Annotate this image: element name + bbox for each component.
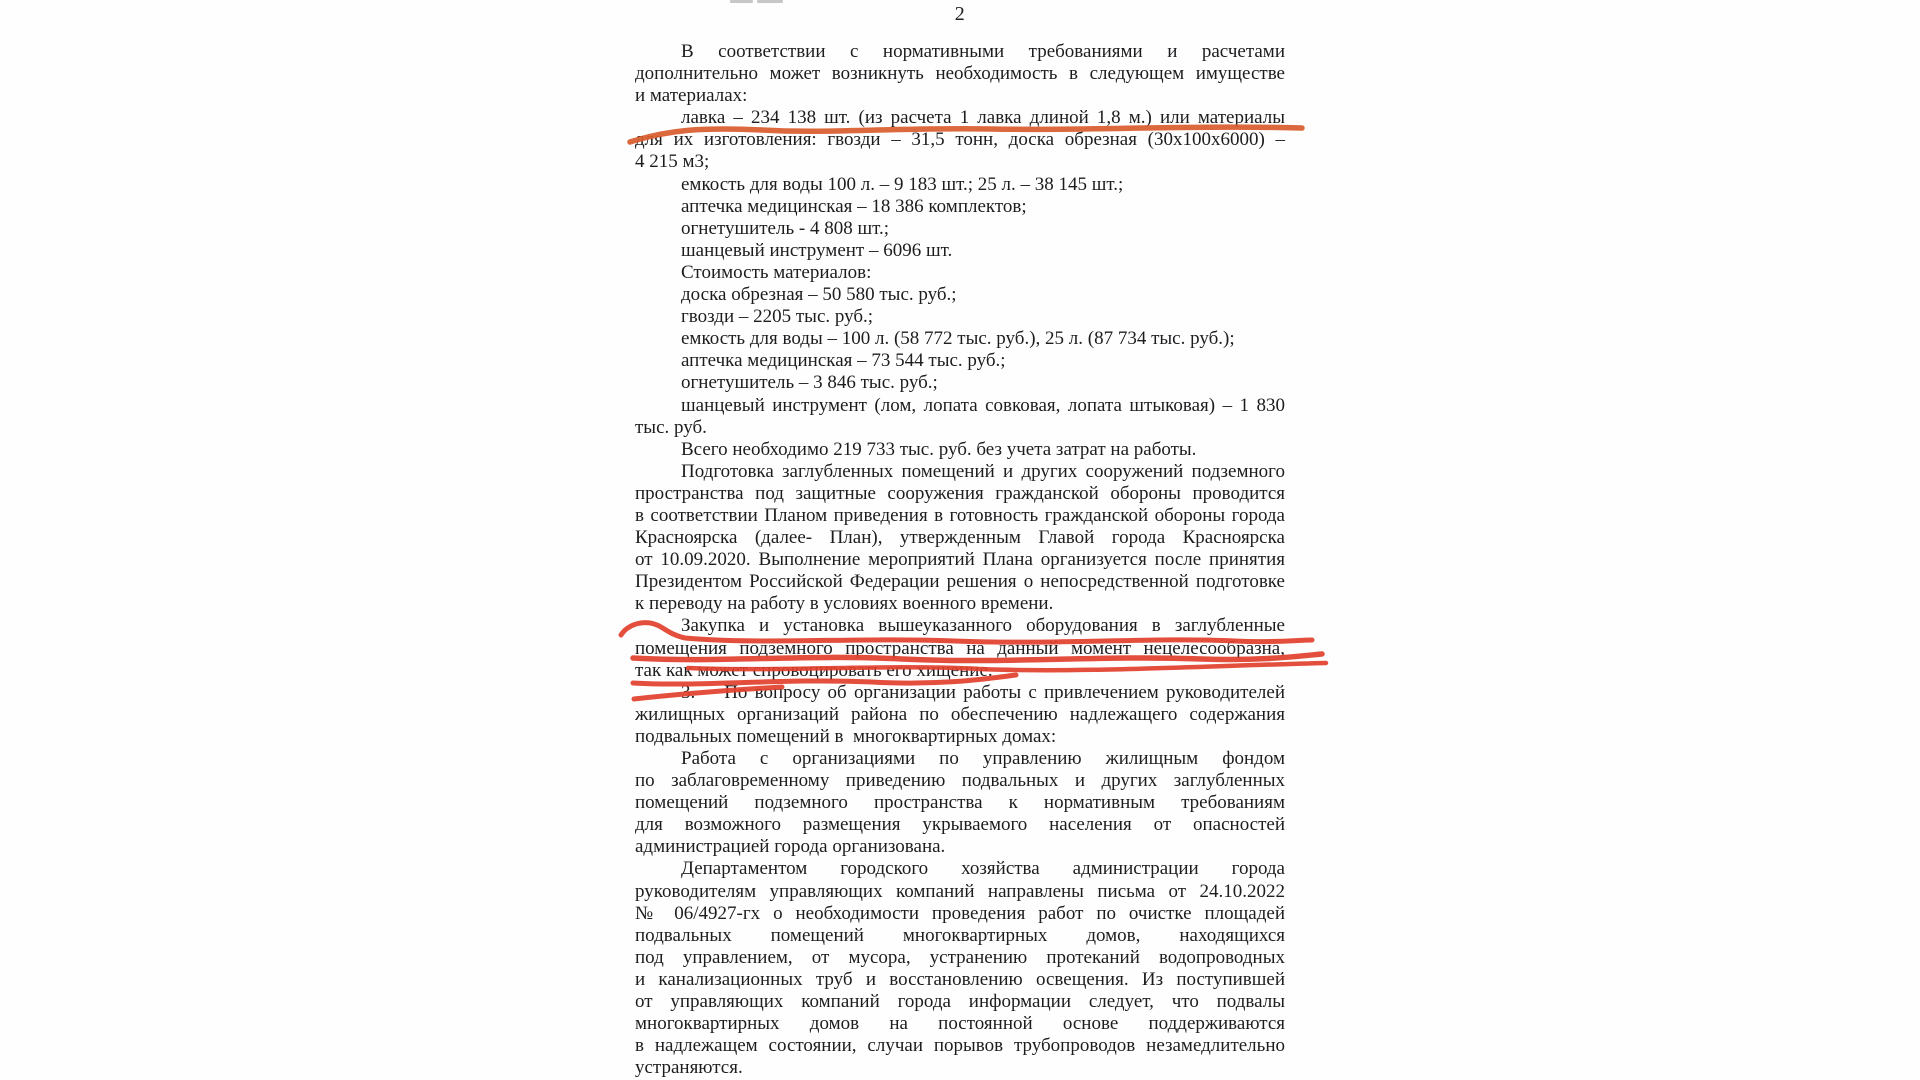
text-line: в надлежащем состоянии, случаи порывов т… [635, 1035, 1285, 1057]
text-line: емкость для воды 100 л. – 9 183 шт.; 25 … [635, 174, 1285, 196]
text-line: подвальных помещений в многоквартирных д… [635, 726, 1285, 748]
text-line: и материалах: [635, 85, 1285, 107]
scan-artifact [757, 0, 783, 3]
text-line: 3. По вопросу об организации работы с пр… [635, 682, 1285, 704]
text-line: лавка – 234 138 шт. (из расчета 1 лавка … [635, 107, 1285, 129]
document-text: В соответствии с нормативными требования… [635, 41, 1285, 1079]
text-line: от управляющих компаний города информаци… [635, 991, 1285, 1013]
text-line: В соответствии с нормативными требования… [635, 41, 1285, 63]
text-line: Всего необходимо 219 733 тыс. руб. без у… [635, 439, 1285, 461]
text-line: дополнительно может возникнуть необходим… [635, 63, 1285, 85]
scanned-document-page: 2 В соответствии с нормативными требован… [0, 0, 1920, 1080]
text-line: шанцевый инструмент (лом, лопата совкова… [635, 395, 1285, 417]
text-line: жилищных организаций района по обеспечен… [635, 704, 1285, 726]
text-line: под управлением, от мусора, устранению п… [635, 947, 1285, 969]
text-line: Подготовка заглубленных помещений и друг… [635, 461, 1285, 483]
text-line: помещения подземного пространства на дан… [635, 638, 1285, 660]
text-line: так как может спровоцировать его хищение… [635, 660, 1285, 682]
text-line: устраняются. [635, 1057, 1285, 1079]
text-line: Президентом Российской Федерации решения… [635, 571, 1285, 593]
page-number: 2 [635, 3, 1285, 26]
text-line: доска обрезная – 50 580 тыс. руб.; [635, 284, 1285, 306]
text-line: руководителям управляющих компаний напра… [635, 881, 1285, 903]
scan-artifact [730, 0, 753, 3]
text-line: тыс. руб. [635, 417, 1285, 439]
text-line: Красноярска (далее- План), утвержденным … [635, 527, 1285, 549]
text-line: к переводу на работу в условиях военного… [635, 593, 1285, 615]
text-line: Работа с организациями по управлению жил… [635, 748, 1285, 770]
text-line: аптечка медицинская – 73 544 тыс. руб.; [635, 350, 1285, 372]
text-line: емкость для воды – 100 л. (58 772 тыс. р… [635, 328, 1285, 350]
text-line: Закупка и установка вышеуказанного обору… [635, 615, 1285, 637]
text-line: помещений подземного пространства к норм… [635, 792, 1285, 814]
text-line: и канализационных труб и восстановлению … [635, 969, 1285, 991]
text-line: Департаментом городского хозяйства админ… [635, 858, 1285, 880]
text-line: для их изготовления: гвозди – 31,5 тонн,… [635, 129, 1285, 151]
text-line: 4 215 м3; [635, 151, 1285, 173]
text-line: огнетушитель – 3 846 тыс. руб.; [635, 372, 1285, 394]
text-line: в соответствии Планом приведения в готов… [635, 505, 1285, 527]
text-line: по заблаговременному приведению подвальн… [635, 770, 1285, 792]
text-line: подвальных помещений многоквартирных дом… [635, 925, 1285, 947]
text-line: от 10.09.2020. Выполнение мероприятий Пл… [635, 549, 1285, 571]
text-line: многоквартирных домов на постоянной осно… [635, 1013, 1285, 1035]
text-line: пространства под защитные сооружения гра… [635, 483, 1285, 505]
text-line: аптечка медицинская – 18 386 комплектов; [635, 196, 1285, 218]
text-line: Стоимость материалов: [635, 262, 1285, 284]
text-line: шанцевый инструмент – 6096 шт. [635, 240, 1285, 262]
text-line: гвозди – 2205 тыс. руб.; [635, 306, 1285, 328]
text-line: администрацией города организована. [635, 836, 1285, 858]
text-line: для возможного размещения укрываемого на… [635, 814, 1285, 836]
text-line: огнетушитель - 4 808 шт.; [635, 218, 1285, 240]
text-line: № 06/4927-гх о необходимости проведения … [635, 903, 1285, 925]
